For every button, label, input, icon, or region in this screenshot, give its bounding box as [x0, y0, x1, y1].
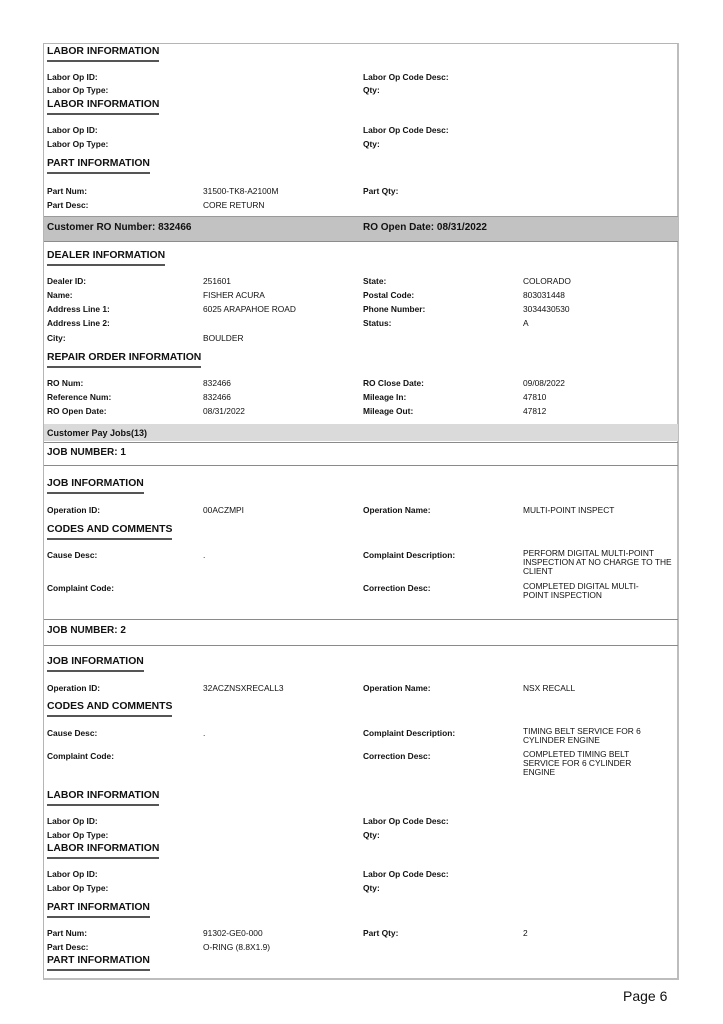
value-ro-close-date: 09/08/2022	[523, 378, 565, 388]
value-cause-desc: .	[203, 550, 205, 560]
section-part-information: PART INFORMATION	[47, 902, 150, 918]
page-number: Page 6	[623, 988, 667, 1004]
section-job-information: JOB INFORMATION	[47, 656, 144, 672]
value-mileage-in: 47810	[523, 392, 546, 402]
label-labor-op-id: Labor Op ID:	[47, 869, 98, 879]
label-labor-op-type: Labor Op Type:	[47, 139, 108, 149]
value-mileage-out: 47812	[523, 406, 546, 416]
value-complaint-description: PERFORM DIGITAL MULTI-POINT INSPECTION A…	[523, 549, 673, 577]
label-labor-op-code-desc: Labor Op Code Desc:	[363, 72, 449, 82]
divider	[44, 442, 678, 443]
label-labor-op-type: Labor Op Type:	[47, 85, 108, 95]
value-correction-desc: COMPLETED TIMING BELT SERVICE FOR 6 CYLI…	[523, 750, 653, 778]
value-operation-id: 00ACZMPI	[203, 505, 244, 515]
label-part-qty: Part Qty:	[363, 928, 398, 938]
section-labor-information: LABOR INFORMATION	[47, 46, 159, 62]
label-part-desc: Part Desc:	[47, 942, 88, 952]
divider	[44, 465, 678, 466]
label-ro-open-date: RO Open Date:	[47, 406, 107, 416]
value-part-desc: CORE RETURN	[203, 200, 264, 210]
value-ro-num: 832466	[203, 378, 231, 388]
label-cause-desc: Cause Desc:	[47, 550, 97, 560]
label-labor-op-code-desc: Labor Op Code Desc:	[363, 125, 449, 135]
value-operation-name: MULTI-POINT INSPECT	[523, 505, 614, 515]
label-complaint-description: Complaint Description:	[363, 728, 455, 738]
label-qty: Qty:	[363, 85, 380, 95]
customer-ro-number: Customer RO Number: 832466	[47, 222, 192, 234]
label-operation-id: Operation ID:	[47, 683, 100, 693]
label-labor-op-id: Labor Op ID:	[47, 816, 98, 826]
ro-open-date-header: RO Open Date: 08/31/2022	[363, 222, 487, 234]
value-operation-id: 32ACZNSXRECALL3	[203, 683, 284, 693]
label-status: Status:	[363, 318, 391, 328]
label-qty: Qty:	[363, 883, 380, 893]
label-qty: Qty:	[363, 139, 380, 149]
value-state: COLORADO	[523, 276, 571, 286]
value-status: A	[523, 318, 529, 328]
label-operation-name: Operation Name:	[363, 505, 430, 515]
value-part-num: 91302-GE0-000	[203, 928, 263, 938]
label-complaint-code: Complaint Code:	[47, 751, 114, 761]
label-address-line-2: Address Line 2:	[47, 318, 110, 328]
section-codes-and-comments: CODES AND COMMENTS	[47, 701, 172, 717]
value-cause-desc: .	[203, 728, 205, 738]
label-part-num: Part Num:	[47, 928, 87, 938]
label-name: Name:	[47, 290, 73, 300]
label-postal-code: Postal Code:	[363, 290, 414, 300]
job-number-1: JOB NUMBER: 1	[47, 447, 126, 459]
section-labor-information: LABOR INFORMATION	[47, 843, 159, 859]
value-part-num: 31500-TK8-A2100M	[203, 186, 278, 196]
label-complaint-description: Complaint Description:	[363, 550, 455, 560]
section-part-information: PART INFORMATION	[47, 955, 150, 971]
label-cause-desc: Cause Desc:	[47, 728, 97, 738]
value-part-desc: O-RING (8.8X1.9)	[203, 942, 270, 952]
section-job-information: JOB INFORMATION	[47, 478, 144, 494]
section-labor-information: LABOR INFORMATION	[47, 790, 159, 806]
label-ro-close-date: RO Close Date:	[363, 378, 424, 388]
label-operation-id: Operation ID:	[47, 505, 100, 515]
label-complaint-code: Complaint Code:	[47, 583, 114, 593]
label-correction-desc: Correction Desc:	[363, 751, 430, 761]
label-dealer-id: Dealer ID:	[47, 276, 86, 286]
section-labor-information: LABOR INFORMATION	[47, 99, 159, 115]
value-name: FISHER ACURA	[203, 290, 265, 300]
label-mileage-out: Mileage Out:	[363, 406, 413, 416]
section-part-information: PART INFORMATION	[47, 158, 150, 174]
label-reference-num: Reference Num:	[47, 392, 111, 402]
value-correction-desc: COMPLETED DIGITAL MULTI-POINT INSPECTION	[523, 582, 653, 600]
value-address-line-1: 6025 ARAPAHOE ROAD	[203, 304, 296, 314]
label-part-num: Part Num:	[47, 186, 87, 196]
section-codes-and-comments: CODES AND COMMENTS	[47, 524, 172, 540]
label-labor-op-type: Labor Op Type:	[47, 883, 108, 893]
value-postal-code: 803031448	[523, 290, 565, 300]
label-ro-num: RO Num:	[47, 378, 83, 388]
label-correction-desc: Correction Desc:	[363, 583, 430, 593]
label-part-qty: Part Qty:	[363, 186, 398, 196]
value-ro-open-date: 08/31/2022	[203, 406, 245, 416]
label-labor-op-id: Labor Op ID:	[47, 125, 98, 135]
value-reference-num: 832466	[203, 392, 231, 402]
divider	[44, 619, 678, 620]
customer-pay-jobs-label: Customer Pay Jobs(13)	[47, 428, 147, 438]
label-labor-op-code-desc: Labor Op Code Desc:	[363, 816, 449, 826]
label-labor-op-type: Labor Op Type:	[47, 830, 108, 840]
label-labor-op-id: Labor Op ID:	[47, 72, 98, 82]
label-labor-op-code-desc: Labor Op Code Desc:	[363, 869, 449, 879]
label-address-line-1: Address Line 1:	[47, 304, 110, 314]
value-operation-name: NSX RECALL	[523, 683, 575, 693]
label-mileage-in: Mileage In:	[363, 392, 406, 402]
label-city: City:	[47, 333, 66, 343]
label-operation-name: Operation Name:	[363, 683, 430, 693]
section-repair-order-information: REPAIR ORDER INFORMATION	[47, 352, 201, 368]
label-qty: Qty:	[363, 830, 380, 840]
label-state: State:	[363, 276, 386, 286]
section-dealer-information: DEALER INFORMATION	[47, 250, 165, 266]
value-part-qty: 2	[523, 928, 528, 938]
value-phone-number: 3034430530	[523, 304, 570, 314]
value-city: BOULDER	[203, 333, 244, 343]
job-number-2: JOB NUMBER: 2	[47, 625, 126, 637]
value-complaint-description: TIMING BELT SERVICE FOR 6 CYLINDER ENGIN…	[523, 727, 673, 745]
value-dealer-id: 251601	[203, 276, 231, 286]
divider	[44, 645, 678, 646]
label-phone-number: Phone Number:	[363, 304, 425, 314]
label-part-desc: Part Desc:	[47, 200, 88, 210]
